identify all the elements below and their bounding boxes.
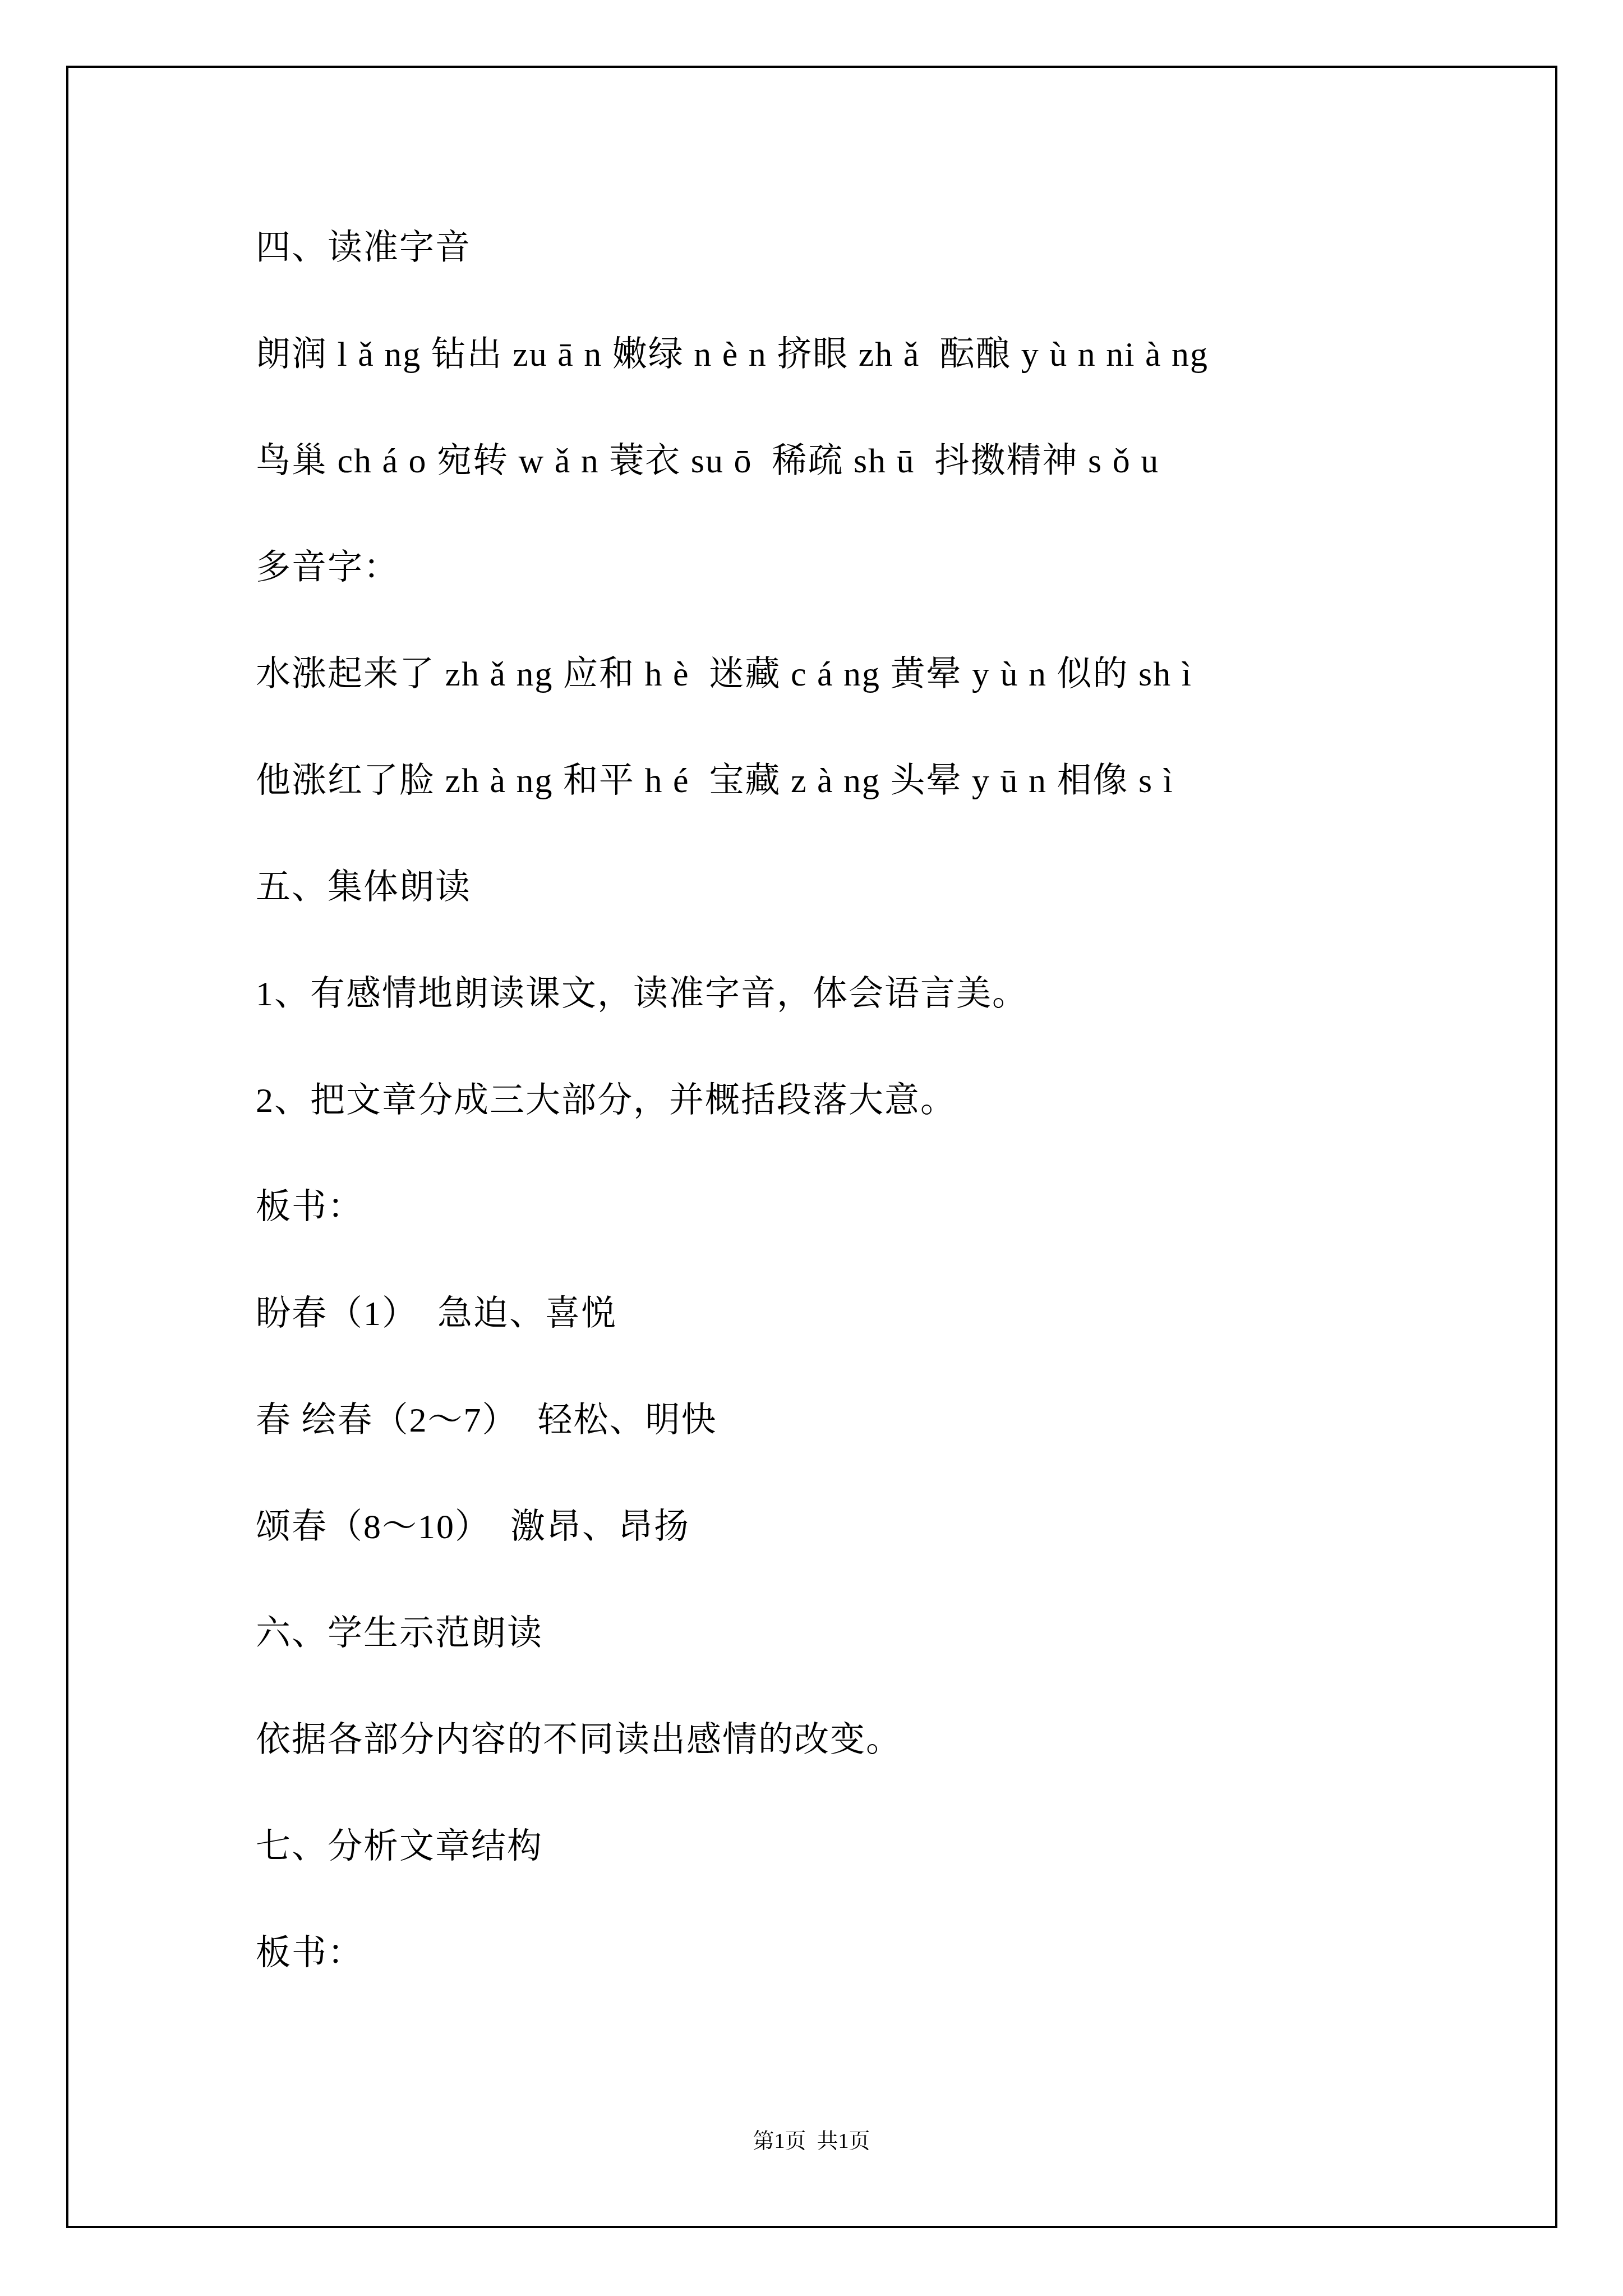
text-line: 他涨红了脸 zh à ng 和平 h é 宝藏 z à ng 头晕 y ū n … xyxy=(256,728,1512,834)
text-line: 板书： xyxy=(256,1900,1512,2007)
text-line: 1、有感情地朗读课文，读准字音，体会语言美。 xyxy=(256,941,1512,1047)
text-line: 鸟巢 ch á o 宛转 w ǎ n 蓑衣 su ō 稀疏 sh ū 抖擞精神 … xyxy=(256,408,1512,514)
text-line: 春 绘春（2～7） 轻松、明快 xyxy=(256,1367,1512,1474)
text-line: 五、集体朗读 xyxy=(256,834,1512,941)
text-line: 多音字： xyxy=(256,514,1512,621)
document-page: 四、读准字音朗润 l ǎ ng 钻出 zu ā n 嫩绿 n è n 挤眼 zh… xyxy=(0,0,1623,2296)
text-line: 七、分析文章结构 xyxy=(256,1793,1512,1900)
text-line: 颂春（8～10） 激昂、昂扬 xyxy=(256,1474,1512,1580)
text-line: 盼春（1） 急迫、喜悦 xyxy=(256,1260,1512,1367)
text-line: 四、读准字音 xyxy=(256,195,1512,301)
text-line: 依据各部分内容的不同读出感情的改变。 xyxy=(256,1687,1512,1793)
text-line: 板书： xyxy=(256,1154,1512,1260)
text-line: 水涨起来了 zh ǎ ng 应和 h è 迷藏 c á ng 黄晕 y ù n … xyxy=(256,621,1512,728)
text-line: 六、学生示范朗读 xyxy=(256,1580,1512,1687)
document-body: 四、读准字音朗润 l ǎ ng 钻出 zu ā n 嫩绿 n è n 挤眼 zh… xyxy=(256,195,1512,2007)
text-line: 2、把文章分成三大部分，并概括段落大意。 xyxy=(256,1047,1512,1154)
page-footer: 第1页 共1页 xyxy=(0,2129,1623,2155)
text-line: 朗润 l ǎ ng 钻出 zu ā n 嫩绿 n è n 挤眼 zh ǎ 酝酿 … xyxy=(256,301,1512,408)
